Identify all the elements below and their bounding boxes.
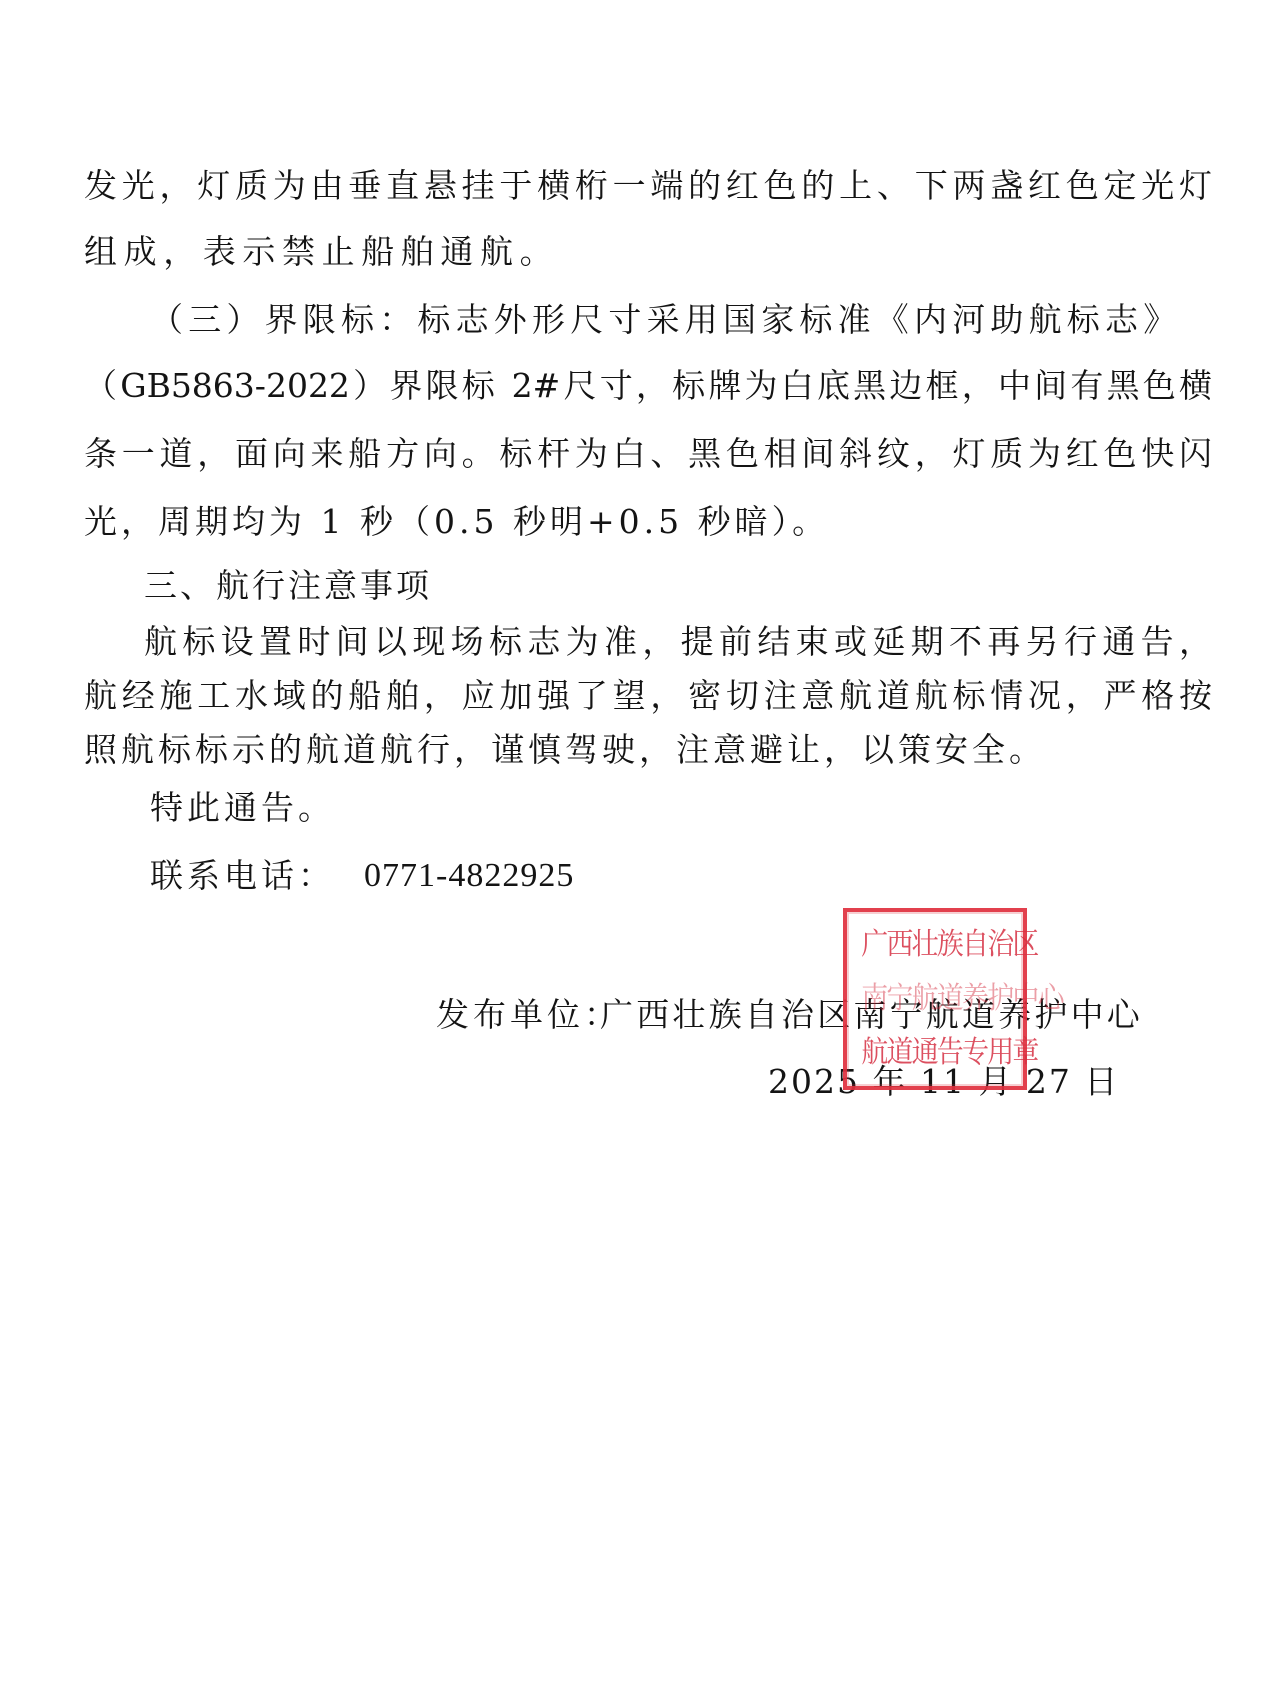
body-line: （三）界限标：标志外形尺寸采用国家标准《内河助航标志》: [150, 300, 1181, 340]
body-line: 航经施工水域的船舶，应加强了望，密切注意航道航标情况，严格按: [84, 676, 1212, 716]
official-seal: 广西壮族自治区 南宁航道养护中心 航道通告专用章: [843, 908, 1027, 1090]
contact-phone: 0771-4822925: [364, 856, 574, 896]
seal-row-purpose: 航道通告专用章: [861, 1030, 1009, 1076]
body-line: （GB5863-2022）界限标 2#尺寸，标牌为白底黑边框，中间有黑色横: [84, 366, 1212, 406]
closing-text: 特此通告。: [150, 788, 335, 828]
seal-row-region: 广西壮族自治区: [861, 922, 1009, 968]
body-line: 发光，灯质为由垂直悬挂于横桁一端的红色的上、下两盏红色定光灯: [84, 166, 1212, 206]
body-line: 航标设置时间以现场标志为准，提前结束或延期不再另行通告，: [144, 622, 1212, 662]
publisher-label: 发布单位：: [436, 995, 621, 1035]
seal-row-organization: 南宁航道养护中心: [861, 976, 1009, 1022]
body-line: 条一道，面向来船方向。标杆为白、黑色相间斜纹，灯质为红色快闪: [84, 434, 1212, 474]
contact-label: 联系电话：: [150, 856, 335, 896]
body-line: 照航标标示的航道航行，谨慎驾驶，注意避让，以策安全。: [84, 730, 1046, 770]
section-heading: 三、航行注意事项: [144, 566, 432, 606]
body-line: 光，周期均为 1 秒（0.5 秒明+0.5 秒暗）。: [84, 502, 829, 542]
body-line: 组成，表示禁止船舶通航。: [84, 232, 559, 272]
